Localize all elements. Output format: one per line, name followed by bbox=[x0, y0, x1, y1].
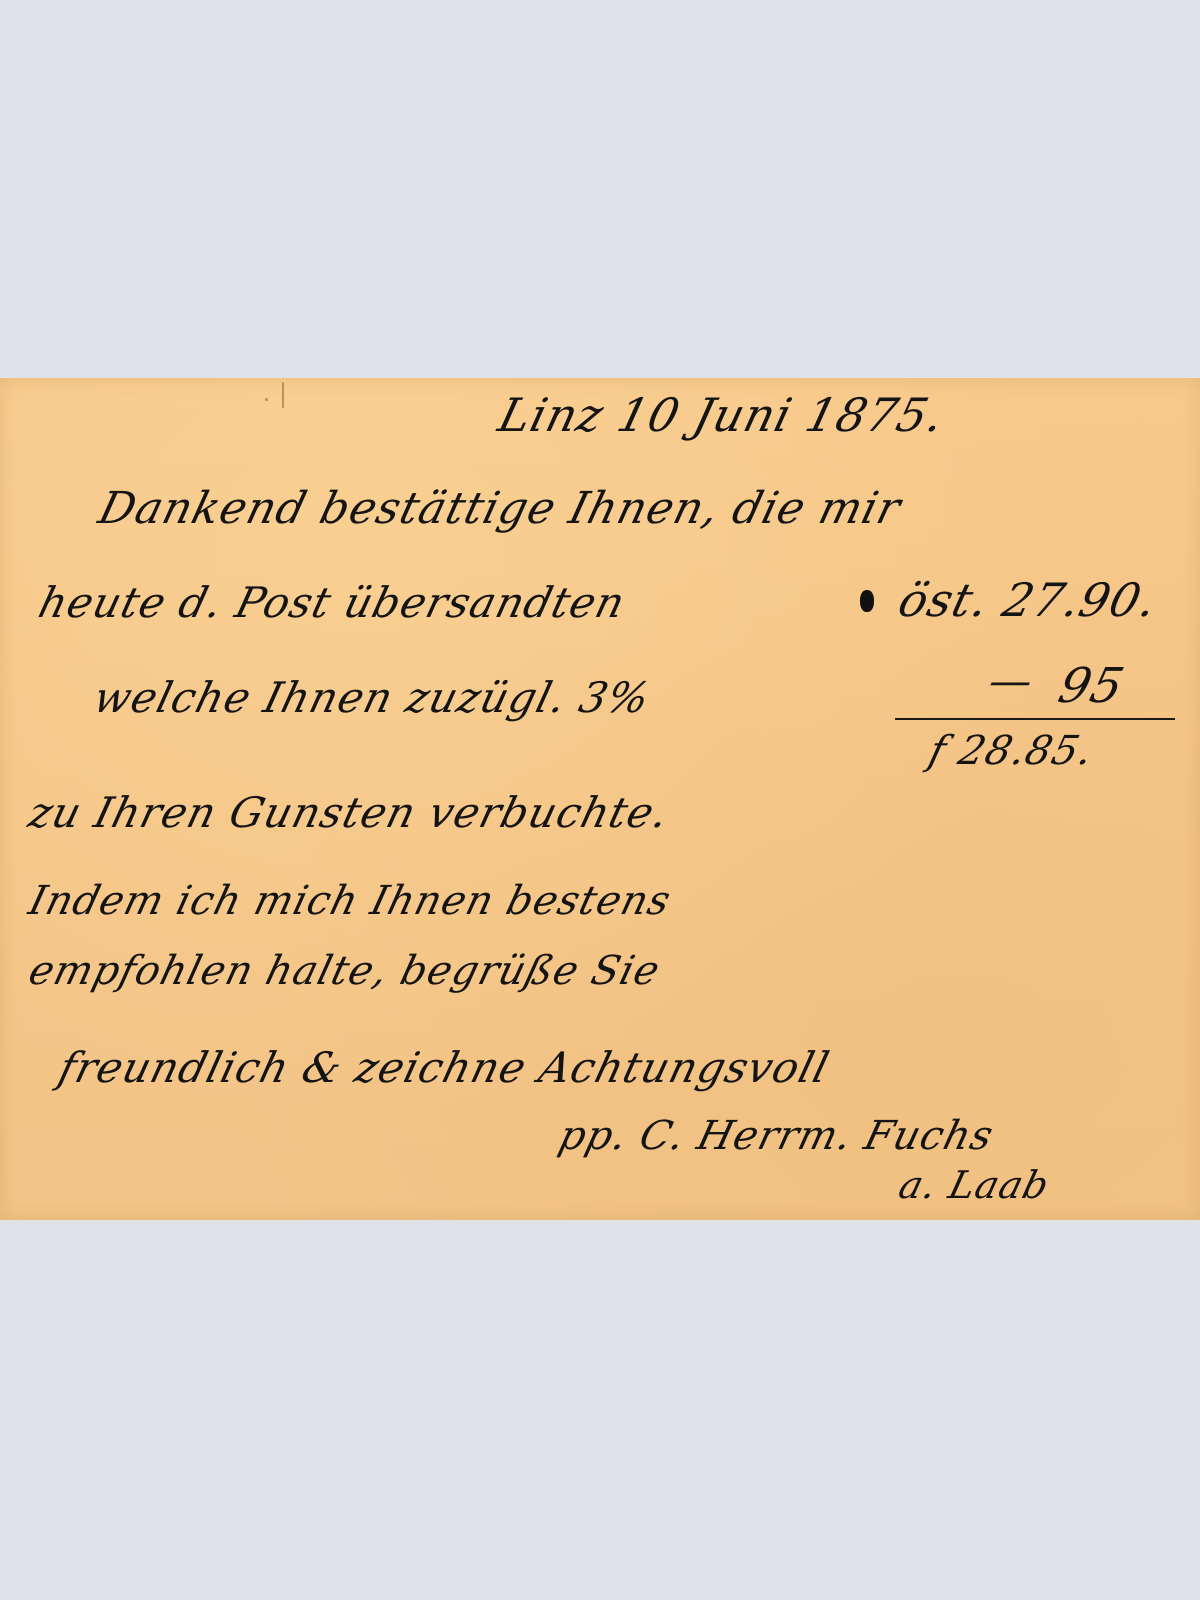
signature-line-1: pp. C. Herrm. Fuchs bbox=[554, 1113, 998, 1159]
body-line-6: empfohlen halte, begrüße Sie bbox=[24, 948, 665, 994]
date-line: Linz 10 Juni 1875. bbox=[493, 388, 950, 442]
body-line-7: freundlich & zeichne Achtungsvoll bbox=[54, 1043, 835, 1092]
paper-mark bbox=[265, 398, 268, 401]
ink-blot bbox=[860, 590, 874, 612]
ledger-total: f 28.85. bbox=[924, 728, 1098, 774]
ledger-sum-rule bbox=[895, 718, 1175, 720]
body-line-1: Dankend bestättige Ihnen, die mir bbox=[94, 483, 907, 534]
ledger-sign: — bbox=[984, 656, 1039, 705]
signature-line-2: a. Laab bbox=[895, 1163, 1055, 1207]
body-line-5: Indem ich mich Ihnen bestens bbox=[24, 878, 676, 924]
body-line-2: heute d. Post übersandten bbox=[34, 578, 631, 627]
ledger-amount-2: 95 bbox=[1053, 658, 1130, 714]
paper-mark bbox=[282, 382, 284, 408]
body-line-3: welche Ihnen zuzügl. 3% bbox=[89, 673, 655, 722]
postcard: Linz 10 Juni 1875. Dankend bestättige Ih… bbox=[0, 378, 1200, 1220]
body-line-4: zu Ihren Gunsten verbuchte. bbox=[24, 788, 674, 837]
ledger-amount-1: öst. 27.90. bbox=[893, 573, 1163, 627]
